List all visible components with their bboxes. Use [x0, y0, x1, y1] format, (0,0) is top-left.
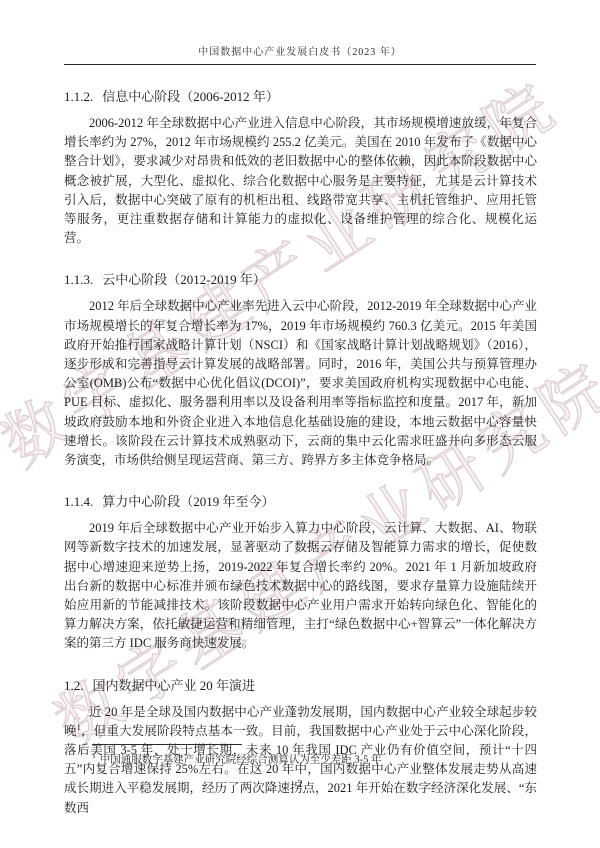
paragraph-computing-center-stage: 2019 年后全球数据中心产业开始步入算力中心阶段，云计算、大数据、AI、物联网…	[64, 519, 537, 653]
section-title: 算力中心阶段（2019 年至今）	[102, 494, 274, 509]
section-title: 国内数据中心产业 20 年演进	[93, 678, 256, 693]
section-title: 信息中心阶段（2006-2012 年）	[102, 89, 279, 104]
page-number: 2	[0, 778, 600, 790]
section-number: 1.1.4.	[64, 494, 93, 509]
section-heading-1-1-2: 1.1.2.信息中心阶段（2006-2012 年）	[64, 88, 537, 105]
paragraph-info-center-stage: 2006-2012 年全球数据中心产业进入信息中心阶段，其市场规模增速放缓，年复…	[64, 114, 537, 248]
page-header: 中国数据中心产业发展白皮书（2023 年）	[0, 0, 600, 65]
section-number: 1.1.2.	[64, 89, 93, 104]
page-footer: 1中国通服数字基建产业研究院经综合测算认为至少差距 3-5 年	[64, 744, 537, 768]
paragraph-text: ，但重大发展阶段特点基本一致。目前，我国数据中心产业处于云中心深化阶段，落后美国…	[64, 724, 537, 815]
section-heading-1-1-3: 1.1.3.云中心阶段（2012-2019 年）	[64, 271, 537, 288]
document-body: 1.1.2.信息中心阶段（2006-2012 年） 2006-2012 年全球数…	[0, 88, 600, 818]
section-title: 云中心阶段（2012-2019 年）	[102, 272, 266, 287]
footnote-marker: 1	[92, 751, 96, 760]
document-page: 数字基建产业研究院 数字基建产业研究院 中国数据中心产业发展白皮书（2023 年…	[0, 0, 600, 848]
page-header-title: 中国数据中心产业发展白皮书（2023 年）	[64, 46, 536, 59]
section-heading-1-1-4: 1.1.4.算力中心阶段（2019 年至今）	[64, 493, 537, 510]
footnote-text: 中国通服数字基建产业研究院经综合测算认为至少差距 3-5 年	[100, 755, 382, 766]
section-number: 1.2.	[64, 678, 84, 693]
paragraph-cloud-center-stage: 2012 年后全球数据中心产业率先进入云中心阶段，2012-2019 年全球数据…	[64, 297, 537, 470]
footnote-divider	[92, 744, 242, 745]
section-heading-1-2: 1.2.国内数据中心产业 20 年演进	[64, 677, 537, 694]
footnote: 1中国通服数字基建产业研究院经综合测算认为至少差距 3-5 年	[64, 749, 537, 768]
header-divider	[64, 64, 536, 65]
section-number: 1.1.3.	[64, 272, 93, 287]
